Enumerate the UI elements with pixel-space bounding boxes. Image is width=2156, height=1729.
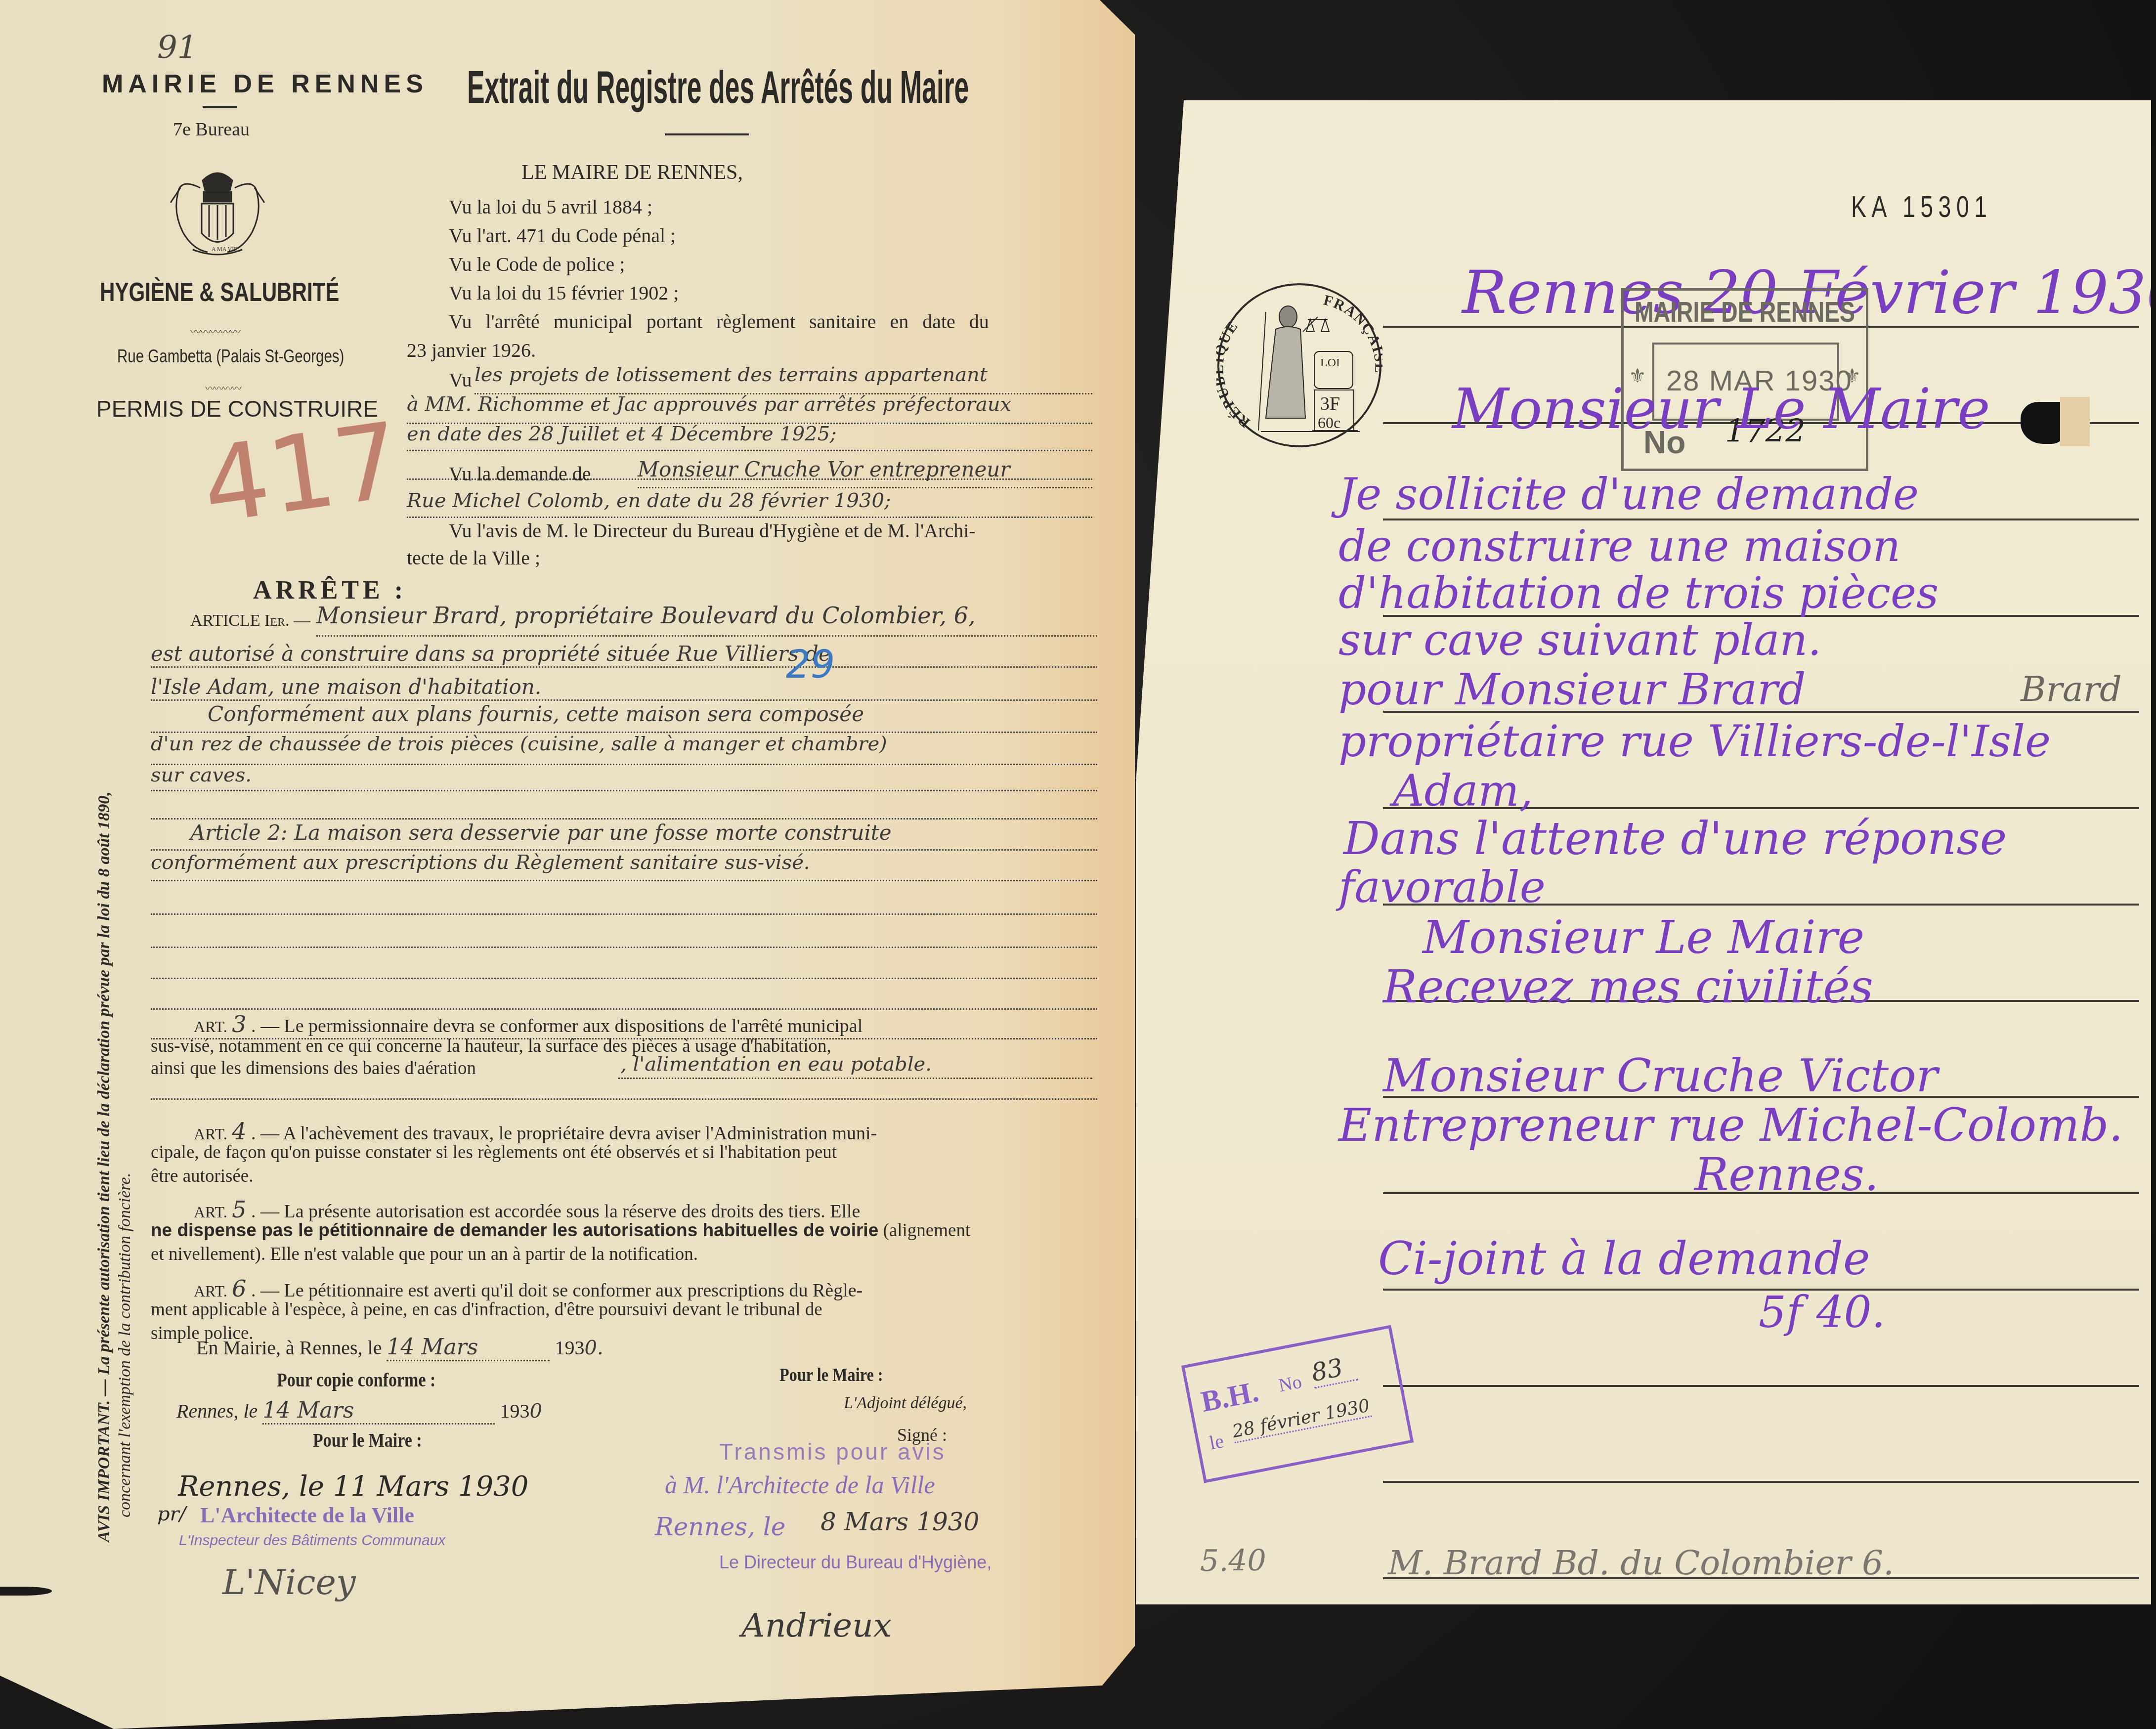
serial-number: KA 15301 [1851,189,1992,224]
dotted-line [638,487,1092,488]
transmis-line-1: Transmis pour avis [719,1438,946,1465]
bh-le: le [1207,1429,1225,1455]
letter-line-13: Monsieur Cruche Victor [1383,1049,1938,1102]
letter-line-18: 5f 40. [1759,1287,1885,1338]
transmis-line-2: à M. l'Architecte de la Ville [665,1470,935,1499]
article4-text-1: . — A l'achèvement des travaux, le propr… [251,1123,877,1144]
vu-demande-hand-1: Monsieur Cruche Vor entrepreneur [638,457,1010,481]
architecte-pr: pr/ [157,1503,186,1525]
dotted-line [407,450,1092,451]
letter-salutation: Monsieur Le Maire [1452,377,1990,441]
article3-text-3: ainsi que les dimensions des baies d'aér… [151,1058,476,1079]
vu-line-5: Vu l'arrêté municipal portant règlement … [449,310,989,333]
folio-number: 91 [157,30,197,66]
article5-line-2: ne dispense pas le pétitionnaire de dema… [151,1220,970,1241]
transmis-rennes-le: Rennes, le [655,1513,785,1541]
architecte-signature: L'Nicey [222,1562,356,1602]
rennes-le-label: Rennes, le [176,1400,258,1422]
ink-blot [2021,402,2065,444]
dotted-line [618,1078,1092,1079]
copie-date: 14 Mars [262,1398,495,1425]
rennes-coat-of-arms-icon: A MA VIE [158,158,277,267]
letter-line-9: favorable [1338,862,1546,912]
letter-line-17: Ci-joint à la demande [1378,1232,1870,1285]
architecte-stamp-subtitle: L'Inspecteur des Bâtiments Communaux [179,1532,445,1549]
tear-mark [0,1587,52,1596]
bh-stamp: B.H. No 83 le 28 février 1930 [1181,1325,1414,1483]
letter-line-11: Recevez mes civilités [1383,960,1873,1013]
blue-pencil-number: 29 [786,643,835,687]
right-page-letter: KA 15301 RÉPUBLIQUE FRANÇAISE [1136,100,2151,1604]
letter-line-6: propriétaire rue Villiers-de-l'Isle [1338,716,2051,767]
bh-number: 83 [1309,1350,1358,1388]
seal-tablet: LOI [1320,356,1340,369]
copie-conforme-line: Rennes, le 14 Mars 1930 [176,1398,542,1425]
vu-line-4: Vu la loi du 15 février 1902 ; [449,281,679,304]
left-page-arrete: 91 MAIRIE DE RENNES 7e Bureau A MA VIE H… [0,0,1135,1729]
service-heading: HYGIÈNE & SALUBRITÉ [100,277,339,307]
svg-text:3F: 3F [1320,393,1340,414]
dotted-line [151,947,1097,948]
letter-line-14: Entrepreneur rue Michel-Colomb. [1338,1099,2123,1152]
dotted-line [151,849,1097,851]
dotted-line [151,913,1097,915]
article5-label: ART. [194,1203,227,1221]
arrete-heading: ARRÊTE : [253,576,407,605]
vu-line-1: Vu la loi du 5 avril 1884 ; [449,195,652,218]
letter-line-15: Rennes. [1694,1148,1879,1201]
article4-line-1: ART. 4 . — A l'achèvement des travaux, l… [194,1118,877,1145]
article1-hand-1: Monsieur Brard, propriétaire Boulevard d… [316,602,976,629]
pencil-brard-note: Brard [2021,669,2122,709]
article1-label: ARTICLE Ier. — [190,611,310,630]
maire-pour-le-maire: Pour le Maire : [779,1364,883,1386]
article5-text-last: et nivellement). Elle n'est valable que … [151,1244,698,1265]
stamp-title: MAIRIE DE RENNES [1635,296,1855,329]
transmis-date-hand: 8 Mars 1930 [820,1508,979,1536]
svg-text:60c: 60c [1318,414,1340,432]
marianne-seal-icon: RÉPUBLIQUE FRANÇAISE LOI 3F 60c [1216,282,1382,448]
article6-line-1: ART. 6 . — Le pétitionnaire est averti q… [194,1275,862,1302]
dotted-line [151,666,1097,668]
dotted-line [151,978,1097,979]
dotted-line [151,699,1097,701]
article3-line-1: ART. 3 . — Le permissionnaire devra se c… [194,1011,862,1037]
pencil-footer-address: M. Brard Bd. du Colombier 6. [1388,1544,1894,1583]
ruled-line [1383,1481,2139,1483]
en-mairie-prefix: En Mairie, à Rennes, le [196,1337,382,1359]
letter-line-5: pour Monsieur Brard [1338,664,1806,715]
article1-hand-6: sur caves. [151,764,252,786]
vu-projets-hand-1: les projets de lotissement des terrains … [474,363,988,386]
title-underline [665,133,749,135]
article5-text-end: (alignement [878,1220,970,1241]
vu-line-6: 23 janvier 1926. [407,339,536,362]
letter-line-4: sur cave suivant plan. [1338,614,1821,665]
republique-seal: RÉPUBLIQUE FRANÇAISE LOI 3F 60c [1216,282,1382,448]
letter-line-7: Adam, [1393,765,1533,816]
article1-hand-2: est autorisé à construire dans sa propri… [151,642,831,666]
article6-number: 6 [232,1275,246,1302]
copie-year: 193 [500,1400,529,1422]
article5-bold: ne dispense pas le pétitionnaire de dema… [151,1220,878,1240]
bureau-label: 7e Bureau [173,119,250,140]
vu-projets-prefix: Vu [449,368,472,391]
vu-demande-hand-2: Rue Michel Colomb, en date du 28 février… [407,489,891,512]
article2-hand-2: conformément aux prescriptions du Règlem… [151,851,810,874]
vu-projets-hand-3: en date des 28 Juillet et 4 Décembre 192… [407,423,837,445]
article3-label: ART. [194,1018,227,1036]
article3-number: 3 [232,1011,246,1037]
vu-demande-prefix: Vu la demande de [449,462,591,485]
article1-hand-3: l'Isle Adam, une maison d'habitation. [151,675,541,699]
margin-notice: AVIS IMPORTANT. — La présente autorisati… [94,791,135,1542]
article4-text-3: être autorisée. [151,1166,254,1187]
article3-text-1: . — Le permissionnaire devra se conforme… [251,1016,862,1037]
directeur-signature: Andrieux [741,1606,892,1644]
mairie-heading: MAIRIE DE RENNES [102,69,428,99]
ornament-wavy-1: 〰〰〰〰〰 [190,324,240,339]
copie-pour-le-maire: Pour le Maire : [313,1428,422,1452]
article1-hand-4: Conformément aux plans fournis, cette ma… [208,702,864,726]
pencil-margin-amount: 5.40 [1200,1544,1266,1578]
dotted-line [151,1008,1097,1010]
copie-year-hand: 0 [529,1400,542,1423]
article6-label: ART. [194,1282,227,1300]
architecte-stamp-title: L'Architecte de la Ville [200,1503,414,1528]
svg-text:A MA VIE: A MA VIE [212,246,237,253]
transmis-directeur: Le Directeur du Bureau d'Hygiène, [719,1552,992,1573]
letter-line-3: d'habitation de trois pièces [1338,567,1939,618]
dotted-line [316,635,1097,637]
dotted-line [151,818,1097,820]
letter-line-2: de construire une maison [1338,520,1900,571]
en-mairie-year-hand: 0. [584,1337,603,1359]
document-title: Extrait du Registre des Arrêtés du Maire [467,62,969,114]
article5-text-start: . — La présente autorisation est accordé… [251,1201,860,1222]
svg-text:RÉPUBLIQUE: RÉPUBLIQUE [1216,318,1253,431]
article2-hand-1: Article 2: La maison sera desservie par … [190,821,892,845]
en-mairie-date: 14 Mars [387,1335,550,1361]
article4-text-2: cipale, de façon qu'on puisse constater … [151,1142,837,1163]
seal-left-text: RÉPUBLIQUE [1216,318,1253,431]
ruled-line [1383,1385,2139,1387]
en-mairie-year: 193 [555,1337,584,1359]
vu-line-2: Vu l'art. 471 du Code pénal ; [449,224,676,247]
letter-line-8: Dans l'attente d'une réponse [1343,812,2007,865]
letter-line-10: Monsieur Le Maire [1423,911,1864,964]
ornament-wavy-2: 〰〰〰〰 [205,381,241,395]
en-mairie-line: En Mairie, à Rennes, le 14 Mars 1930. [196,1335,604,1361]
tape-fragment [2060,397,2090,446]
vu-line-3: Vu le Code de police ; [449,253,625,276]
maire-adjoint: L'Adjoint délégué, [844,1394,967,1413]
margin-notice-line-2: concernant l'exemption de la contributio… [115,791,135,1542]
copie-conforme-label: Pour copie conforme : [277,1368,435,1391]
dotted-line [151,790,1097,791]
article6-text-2: ment applicable à l'espèce, à peine, en … [151,1299,822,1320]
letter-line-1: Je sollicite d'une demande [1338,469,1919,519]
article3-hand-addition: , l'alimentation en eau potable. [620,1053,932,1076]
article4-label: ART. [194,1125,227,1143]
vu-avis-1: Vu l'avis de M. le Directeur du Bureau d… [449,519,976,542]
article4-number: 4 [232,1118,246,1145]
maire-intro: LE MAIRE DE RENNES, [521,161,743,184]
architecte-hand-date: Rennes, le 11 Mars 1930 [178,1470,528,1503]
bh-label: B.H. [1198,1375,1261,1419]
dotted-line [151,1098,1097,1100]
vu-projets-hand-2: à MM. Richomme et Jac approuvés par arrê… [407,393,1011,416]
address-label: Rue Gambetta (Palais St-Georges) [117,346,344,367]
dotted-line [407,517,1092,518]
margin-notice-line-1: AVIS IMPORTANT. — La présente autorisati… [94,791,115,1542]
vu-avis-2: tecte de la Ville ; [407,546,540,569]
dotted-line [151,764,1097,765]
bh-no-label: No [1277,1371,1303,1397]
article5-line-1: ART. 5 . — La présente autorisation est … [194,1196,860,1223]
mairie-underline [203,106,237,108]
dotted-line [151,880,1097,881]
article1-hand-5: d'un rez de chaussée de trois pièces (cu… [151,733,887,755]
article6-text-1: . — Le pétitionnaire est averti qu'il do… [251,1280,862,1301]
article5-number: 5 [232,1196,246,1223]
